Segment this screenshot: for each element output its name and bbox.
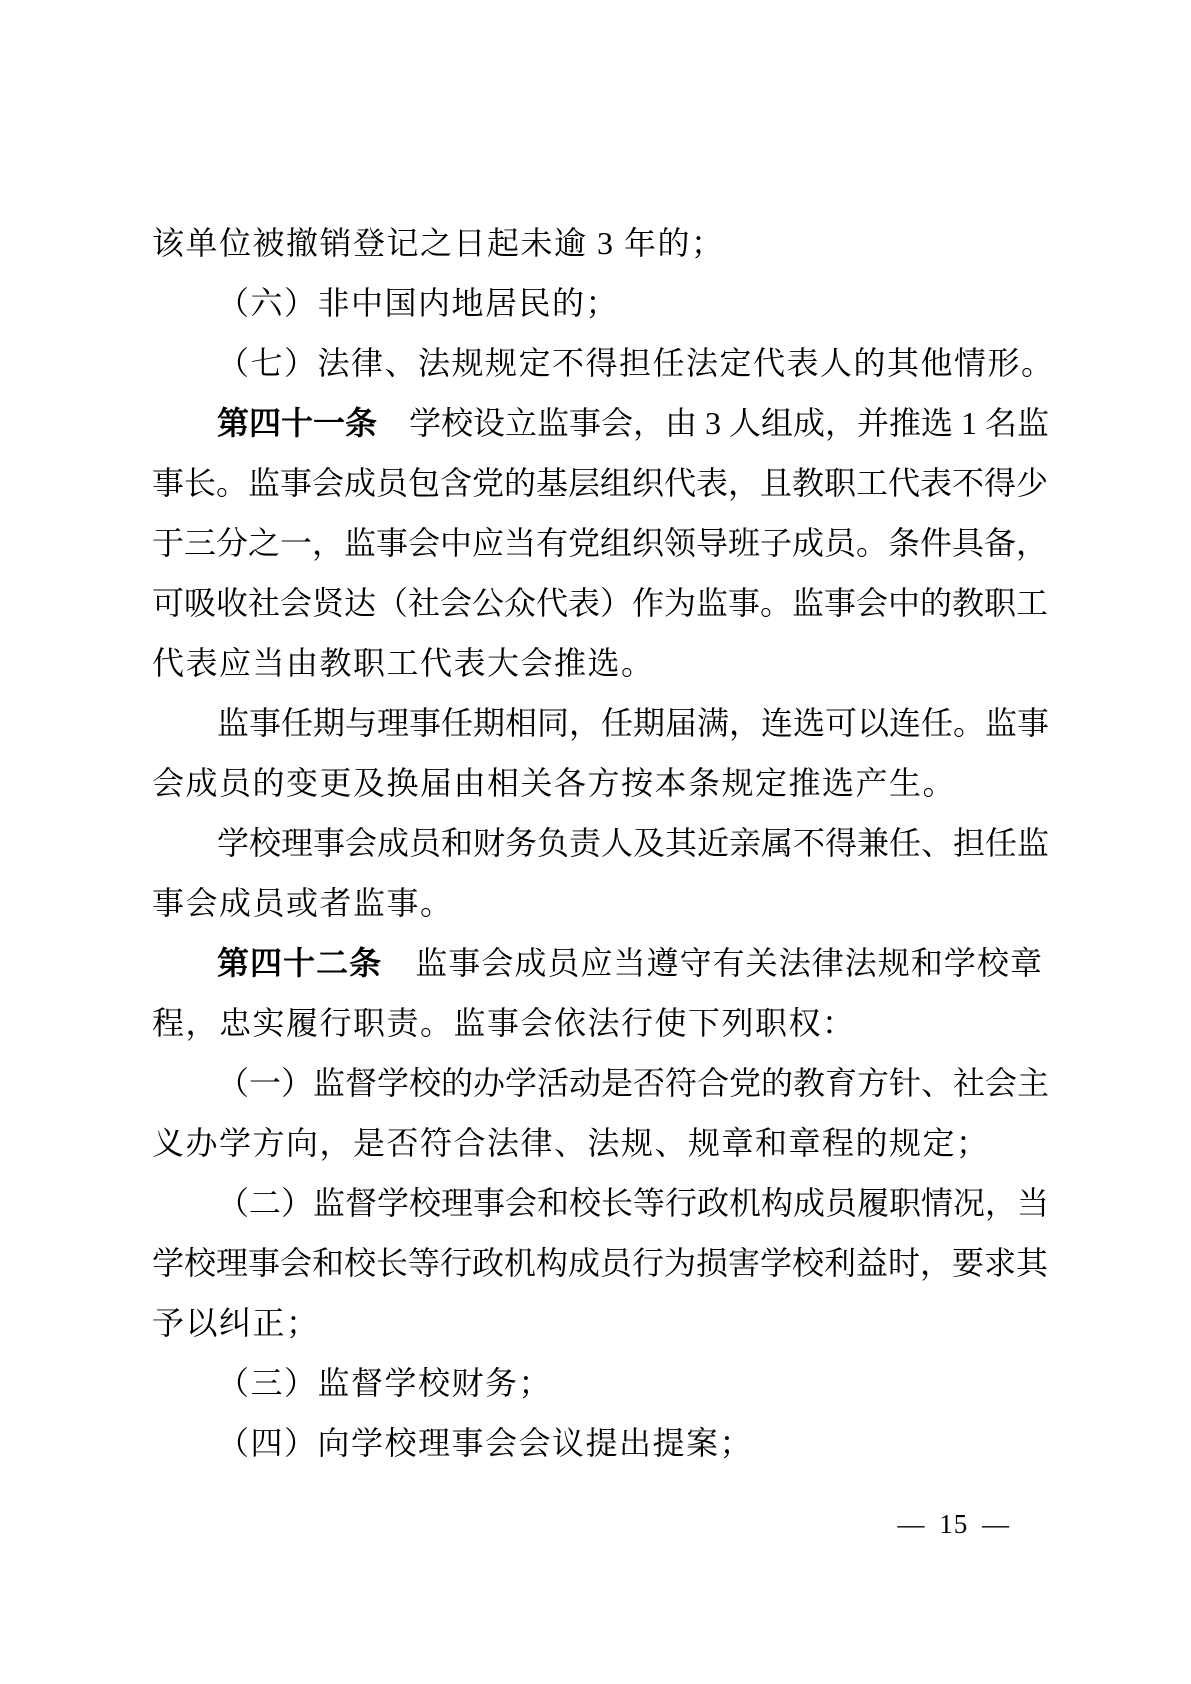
text-line: 予以纠正； — [152, 1293, 1042, 1353]
text-line: 事长。监事会成员包含党的基层组织代表，且教职工代表不得少 — [152, 453, 1042, 513]
text-line: 程，忠实履行职责。监事会依法行使下列职权： — [152, 993, 1042, 1053]
article-heading-run: 第四十一条 — [217, 405, 377, 441]
text-line: 第四十一条 学校设立监事会，由 3 人组成，并推选 1 名监 — [152, 393, 1042, 453]
line-text-run: 学校理事会和校长等行政机构成员行为损害学校利益时，要求其 — [152, 1245, 1048, 1281]
line-text-run: 义办学方向，是否符合法律、法规、规章和章程的规定； — [152, 1125, 990, 1161]
text-line: （六）非中国内地居民的； — [152, 273, 1042, 333]
line-text-run: 监事会成员应当遵守有关法律法规和学校章 — [382, 945, 1042, 981]
text-line: 可吸收社会贤达（社会公众代表）作为监事。监事会中的教职工 — [152, 573, 1042, 633]
line-text-run: 学校理事会成员和财务负责人及其近亲属不得兼任、担任监 — [217, 825, 1049, 861]
line-text-run: 于三分之一，监事会中应当有党组织领导班子成员。条件具备， — [152, 525, 1048, 561]
text-line: 第四十二条 监事会成员应当遵守有关法律法规和学校章 — [152, 933, 1042, 993]
line-text-run: 事长。监事会成员包含党的基层组织代表，且教职工代表不得少 — [152, 465, 1048, 501]
line-text-run: 会成员的变更及换届由相关各方按本条规定推选产生。 — [152, 765, 956, 801]
text-line: （二）监督学校理事会和校长等行政机构成员履职情况，当 — [152, 1173, 1042, 1233]
document-page: 该单位被撤销登记之日起未逾 3 年的； （六）非中国内地居民的； （七）法律、法… — [0, 0, 1191, 1684]
article-heading-run: 第四十二条 — [217, 945, 382, 981]
text-line: 义办学方向，是否符合法律、法规、规章和章程的规定； — [152, 1113, 1042, 1173]
line-text-run: （二）监督学校理事会和校长等行政机构成员履职情况，当 — [217, 1185, 1049, 1221]
text-line: （七）法律、法规规定不得担任法定代表人的其他情形。 — [152, 333, 1042, 393]
text-line: 学校理事会成员和财务负责人及其近亲属不得兼任、担任监 — [152, 813, 1042, 873]
line-text-run: 学校设立监事会，由 3 人组成，并推选 1 名监 — [377, 405, 1049, 441]
line-text-run: 监事任期与理事任期相同，任期届满，连选可以连任。监事 — [217, 705, 1049, 741]
text-line: 于三分之一，监事会中应当有党组织领导班子成员。条件具备， — [152, 513, 1042, 573]
line-text-run: 可吸收社会贤达（社会公众代表）作为监事。监事会中的教职工 — [152, 585, 1048, 621]
text-line: 事会成员或者监事。 — [152, 873, 1042, 933]
text-line: （三）监督学校财务； — [152, 1353, 1042, 1413]
line-text-run: （六）非中国内地居民的； — [217, 285, 619, 321]
line-text-run: 予以纠正； — [152, 1305, 320, 1341]
text-line: 该单位被撤销登记之日起未逾 3 年的； — [152, 213, 1042, 273]
text-line: 监事任期与理事任期相同，任期届满，连选可以连任。监事 — [152, 693, 1042, 753]
line-text-run: （七）法律、法规规定不得担任法定代表人的其他情形。 — [217, 345, 1055, 381]
line-text-run: 代表应当由教职工代表大会推选。 — [152, 645, 655, 681]
document-body: 该单位被撤销登记之日起未逾 3 年的； （六）非中国内地居民的； （七）法律、法… — [152, 213, 1042, 1473]
text-line: （四）向学校理事会会议提出提案； — [152, 1413, 1042, 1473]
page-number: — 15 — — [898, 1506, 1011, 1542]
text-line: （一）监督学校的办学活动是否符合党的教育方针、社会主 — [152, 1053, 1042, 1113]
line-text-run: （四）向学校理事会会议提出提案； — [217, 1425, 753, 1461]
line-text-run: 程，忠实履行职责。监事会依法行使下列职权： — [152, 1005, 856, 1041]
line-text-run: （三）监督学校财务； — [217, 1365, 552, 1401]
text-line: 学校理事会和校长等行政机构成员行为损害学校利益时，要求其 — [152, 1233, 1042, 1293]
text-line: 会成员的变更及换届由相关各方按本条规定推选产生。 — [152, 753, 1042, 813]
text-line: 代表应当由教职工代表大会推选。 — [152, 633, 1042, 693]
line-text-run: 该单位被撤销登记之日起未逾 3 年的； — [152, 225, 725, 261]
line-text-run: 事会成员或者监事。 — [152, 885, 454, 921]
line-text-run: （一）监督学校的办学活动是否符合党的教育方针、社会主 — [217, 1065, 1049, 1101]
